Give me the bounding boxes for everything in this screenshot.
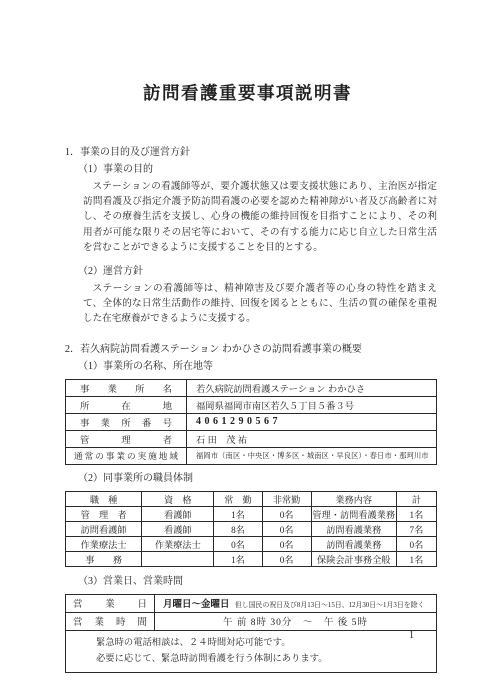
office-info-table: 事業所名 若久病院訪問看護ステーション わかひさ 所在地 福岡県福岡市南区若久５…	[65, 379, 437, 465]
staff-parttime-count: 0名	[262, 551, 311, 566]
emergency-note: 緊急時の電話相談は、２４時間対応可能です。 必要に応じて、緊急時訪問看護を行う体…	[66, 630, 437, 672]
staff-total-count: 1名	[396, 551, 436, 566]
staff-duties: 訪問看護業務	[311, 536, 396, 551]
staff-role: 作業療法士	[66, 536, 142, 551]
staff-role: 事 務	[66, 551, 142, 566]
table-row: 事業所名 若久病院訪問看護ステーション わかひさ	[66, 379, 437, 396]
staff-duties: 保険会計事務全般	[311, 551, 396, 566]
section1-purpose-heading: （1）事業の目的	[78, 162, 437, 178]
table-row: 管 理 者 看護師 1名 0名 管理・訪問看護業務 1名	[66, 506, 437, 521]
table-row: 緊急時の電話相談は、２４時間対応可能です。 必要に応じて、緊急時訪問看護を行う体…	[66, 630, 437, 672]
business-day-note: 但し国民の祝日及び8月13日～15日、12月30日～1月3日を除く	[235, 602, 425, 609]
page-number: 1	[409, 630, 414, 641]
table-row: 訪問看護師 看護師 8名 0名 訪問看護業務 7名	[66, 521, 437, 536]
office-manager-value: 石 田 茂 祐	[187, 430, 437, 447]
staff-qualification	[142, 551, 214, 566]
document-page: 訪問看護重要事項説明書 1．事業の目的及び運営方針 （1）事業の目的 ステーショ…	[0, 0, 495, 700]
hours-table: 営業日 月曜日～金曜日 但し国民の祝日及び8月13日～15日、12月30日～1月…	[65, 594, 437, 673]
table-row: 通常の事業の実施地域 福岡市（南区・中央区・博多区・城南区・早良区）・春日市・那…	[66, 447, 437, 464]
staff-total-count: 1名	[396, 506, 436, 521]
column-header-role: 職 種	[66, 491, 142, 506]
staff-duties: 訪問看護業務	[311, 521, 396, 536]
office-name-label: 事業所名	[66, 379, 187, 396]
staff-fulltime-count: 1名	[214, 506, 262, 521]
column-header-fulltime: 常 勤	[214, 491, 262, 506]
table-row: 営業日 月曜日～金曜日 但し国民の祝日及び8月13日～15日、12月30日～1月…	[66, 594, 437, 612]
emergency-note-line1: 緊急時の電話相談は、２４時間対応可能です。	[96, 635, 432, 652]
page-title: 訪問看護重要事項説明書	[0, 0, 495, 105]
office-number-value: 4061290567	[187, 413, 437, 430]
table-row: 事 務 1名 0名 保険会計事務全般 1名	[66, 551, 437, 566]
column-header-parttime: 非常勤	[262, 491, 311, 506]
table-row: 管理者 石 田 茂 祐	[66, 430, 437, 447]
section1-policy-heading: （2）運営方針	[78, 264, 437, 280]
office-number-label: 事業所番号	[66, 413, 187, 430]
staff-duties: 管理・訪問看護業務	[311, 506, 396, 521]
staff-total-count: 7名	[396, 521, 436, 536]
office-address-label: 所在地	[66, 396, 187, 413]
section1-purpose-paragraph: ステーションの看護師等が、要介護状態又は要支援状態にあり、主治医が指定訪問看護及…	[83, 179, 437, 255]
office-manager-label: 管理者	[66, 430, 187, 447]
office-area-value: 福岡市（南区・中央区・博多区・城南区・早良区）・春日市・那珂川市	[187, 447, 437, 464]
staff-fulltime-count: 1名	[214, 551, 262, 566]
staff-parttime-count: 0名	[262, 536, 311, 551]
staff-table-header-row: 職 種 資 格 常 勤 非常勤 業務内容 計	[66, 491, 437, 506]
staff-qualification: 作業療法士	[142, 536, 214, 551]
table-row: 営業時間 午 前 8時 30分 ～ 午 後 5時	[66, 612, 437, 630]
office-info-heading: （1）事業所の名称、所在地等	[78, 359, 437, 375]
business-hours-value: 午 前 8時 30分 ～ 午 後 5時	[155, 612, 437, 630]
hours-heading: （3）営業日、営業時間	[78, 574, 437, 590]
column-header-duties: 業務内容	[311, 491, 396, 506]
document-body: 1．事業の目的及び運営方針 （1）事業の目的 ステーションの看護師等が、要介護状…	[65, 145, 437, 673]
table-row: 所在地 福岡県福岡市南区若久５丁目５番３号	[66, 396, 437, 413]
business-hours-label: 営業時間	[66, 612, 155, 630]
staff-fulltime-count: 8名	[214, 521, 262, 536]
column-header-qualification: 資 格	[142, 491, 214, 506]
staff-parttime-count: 0名	[262, 506, 311, 521]
section1-policy-paragraph: ステーションの看護師等は、精神障害及び要介護者等の心身の特性を踏まえて、全体的な…	[83, 281, 437, 327]
office-area-label: 通常の事業の実施地域	[66, 447, 187, 464]
staff-heading: （2）同事業所の職員体制	[78, 471, 437, 487]
office-name-value: 若久病院訪問看護ステーション わかひさ	[187, 379, 437, 396]
section2-heading: 2．若久病院訪問看護ステーション わかひさの訪問看護事業の概要	[65, 342, 437, 358]
staff-qualification: 看護師	[142, 521, 214, 536]
staff-fulltime-count: 0名	[214, 536, 262, 551]
table-row: 事業所番号 4061290567	[66, 413, 437, 430]
emergency-note-line2: 必要に応じて、緊急時訪問看護を行う体制にあります。	[96, 651, 432, 668]
business-day-range: 月曜日～金曜日	[163, 600, 230, 610]
column-header-total: 計	[396, 491, 436, 506]
staff-qualification: 看護師	[142, 506, 214, 521]
staff-role: 管 理 者	[66, 506, 142, 521]
staff-total-count: 0名	[396, 536, 436, 551]
table-row: 作業療法士 作業療法士 0名 0名 訪問看護業務 0名	[66, 536, 437, 551]
business-day-value: 月曜日～金曜日 但し国民の祝日及び8月13日～15日、12月30日～1月3日を除…	[155, 594, 437, 612]
section1-heading: 1．事業の目的及び運営方針	[65, 145, 437, 161]
office-address-value: 福岡県福岡市南区若久５丁目５番３号	[187, 396, 437, 413]
staff-parttime-count: 0名	[262, 521, 311, 536]
staff-role: 訪問看護師	[66, 521, 142, 536]
business-day-label: 営業日	[66, 594, 155, 612]
staff-table: 職 種 資 格 常 勤 非常勤 業務内容 計 管 理 者 看護師 1名 0名 管…	[65, 491, 437, 567]
